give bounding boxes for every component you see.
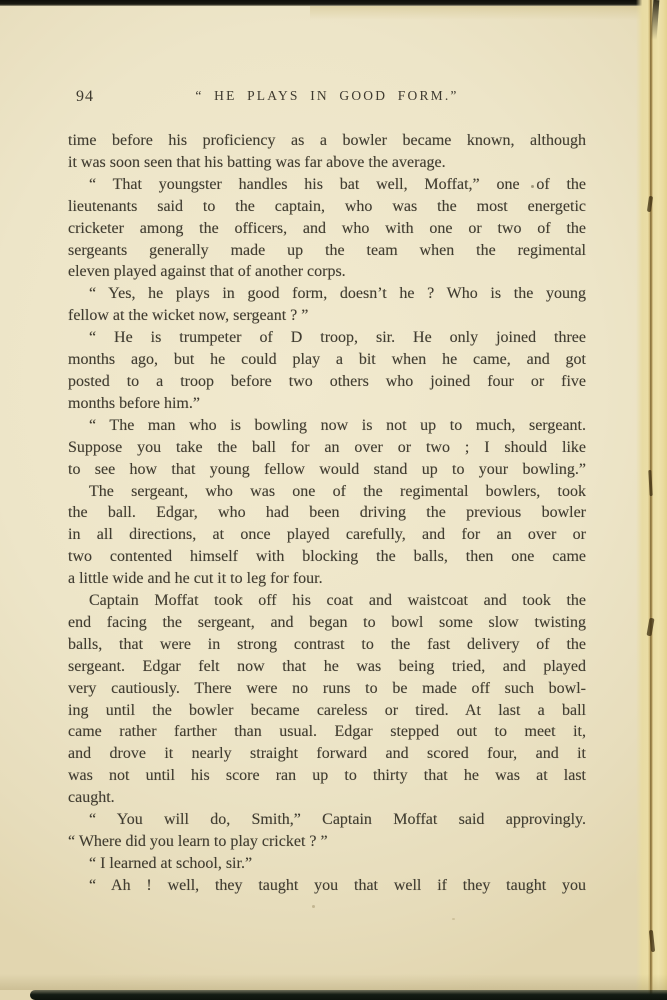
scan-edge-bottom [30, 990, 667, 1000]
paragraph: time before his proficiency as a bowler … [68, 130, 586, 174]
text-line: the ball. Edgar, who had been driving th… [68, 502, 586, 524]
text-line: “ He is trumpeter of D troop, sir. He on… [68, 327, 586, 349]
paragraph: “ I learned at school, sir.” [68, 853, 586, 875]
paragraph: The sergeant, who was one of the regimen… [68, 481, 586, 591]
paragraph: “ The man who is bowling now is not up t… [68, 415, 586, 481]
paragraph: “ He is trumpeter of D troop, sir. He on… [68, 327, 586, 415]
paragraph: Captain Moffat took off his coat and wai… [68, 590, 586, 809]
text-line: “ You will do, Smith,” Captain Moffat sa… [68, 809, 586, 831]
text-line: two contented himself with blocking the … [68, 546, 586, 568]
text-line: in all directions, at once played carefu… [68, 524, 586, 546]
paragraph: “ Ah ! well, they taught you that well i… [68, 875, 586, 897]
paragraph: “ Yes, he plays in good form, doesn’t he… [68, 283, 586, 327]
text-line: “ That youngster handles his bat well, M… [68, 174, 586, 196]
text-line: “ Ah ! well, they taught you that well i… [68, 875, 586, 897]
text-block: time before his proficiency as a bowler … [68, 130, 586, 897]
text-line: to see how that young fellow would stand… [68, 459, 586, 481]
text-line: “ Yes, he plays in good form, doesn’t he… [68, 283, 586, 305]
text-line: ing until the bowler became careless or … [68, 700, 586, 722]
page-header: 94 “ HE PLAYS IN GOOD FORM.” [68, 88, 586, 108]
text-line: was not until his score ran up to thirty… [68, 765, 586, 787]
scan-edge-bottom-shadow [0, 974, 667, 990]
text-line: and drove it nearly straight forward and… [68, 743, 586, 765]
text-line: very cautiously. There were no runs to b… [68, 678, 586, 700]
text-line: months ago, but he could play a bit when… [68, 349, 586, 371]
scan-edge-top-shadow [310, 6, 667, 20]
paper-speck [312, 905, 315, 908]
text-line: end facing the sergeant, and began to bo… [68, 612, 586, 634]
text-line: The sergeant, who was one of the regimen… [68, 481, 586, 503]
text-line: “ I learned at school, sir.” [68, 853, 586, 875]
text-line: sergeant. Edgar felt now that he was bei… [68, 656, 586, 678]
text-line: caught. [68, 787, 586, 809]
text-line: time before his proficiency as a bowler … [68, 130, 586, 152]
text-line: “ The man who is bowling now is not up t… [68, 415, 586, 437]
text-line: Captain Moffat took off his coat and wai… [68, 590, 586, 612]
page-edges-right [636, 0, 667, 1000]
paper-speck [452, 918, 455, 920]
paragraph: “ That youngster handles his bat well, M… [68, 174, 586, 284]
text-line: Suppose you take the ball for an over or… [68, 437, 586, 459]
text-line: months before him.” [68, 393, 586, 415]
page-number: 94 [76, 88, 94, 106]
text-line: came rather farther than usual. Edgar st… [68, 721, 586, 743]
text-line: fellow at the wicket now, sergeant ? ” [68, 305, 586, 327]
text-line: a little wide and he cut it to leg for f… [68, 568, 586, 590]
book-page-scan: 94 “ HE PLAYS IN GOOD FORM.” time before… [0, 0, 667, 1000]
text-line: lieutenants said to the captain, who was… [68, 196, 586, 218]
text-line: posted to a troop before two others who … [68, 371, 586, 393]
text-line: balls, that were in strong contrast to t… [68, 634, 586, 656]
text-line: eleven played against that of another co… [68, 261, 586, 283]
running-title: “ HE PLAYS IN GOOD FORM.” [68, 88, 586, 104]
text-line: cricketer among the officers, and who wi… [68, 218, 586, 240]
text-line: sergeants generally made up the team whe… [68, 240, 586, 262]
paragraph: “ You will do, Smith,” Captain Moffat sa… [68, 809, 586, 853]
text-line: it was soon seen that his batting was fa… [68, 152, 586, 174]
text-line: “ Where did you learn to play cricket ? … [68, 831, 586, 853]
